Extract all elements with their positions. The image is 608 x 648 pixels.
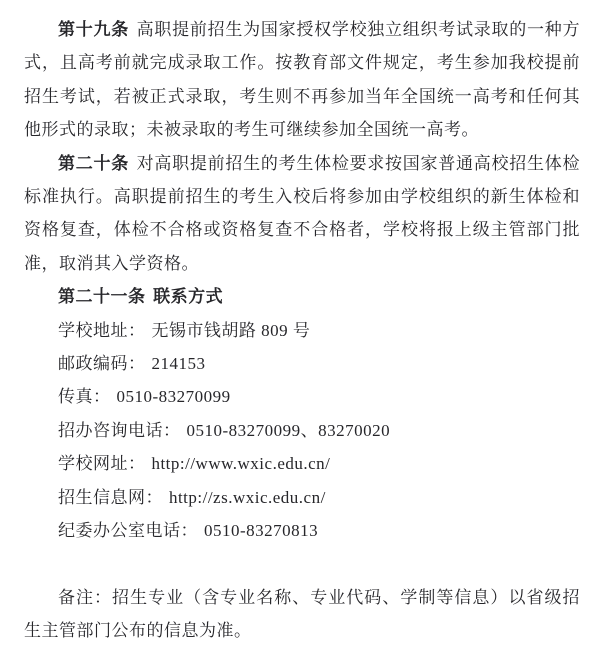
contact-row-discipline-office-phone: 纪委办公室电话：0510-83270813	[24, 514, 580, 547]
contact-row-postal-code: 邮政编码：214153	[24, 347, 580, 380]
article-21-title: 联系方式	[153, 287, 223, 306]
article-19-paragraph: 第十九条高职提前招生为国家授权学校独立组织考试录取的一种方式，且高考前就完成录取…	[24, 13, 580, 147]
postal-code-value: 214153	[151, 354, 205, 373]
contact-row-school-website: 学校网址：http://www.wxic.edu.cn/	[24, 447, 580, 480]
article-19-number: 第十九条	[58, 20, 129, 39]
contact-row-school-address: 学校地址：无锡市钱胡路 809 号	[24, 314, 580, 347]
discipline-office-phone-label: 纪委办公室电话：	[58, 521, 198, 540]
contact-row-admissions-phone: 招办咨询电话：0510-83270099、83270020	[24, 414, 580, 447]
school-website-url: http://www.wxic.edu.cn/	[151, 454, 330, 473]
fax-value: 0510-83270099	[116, 387, 230, 406]
discipline-office-phone-value: 0510-83270813	[204, 521, 318, 540]
contact-row-fax: 传真：0510-83270099	[24, 380, 580, 413]
remark-paragraph: 备注：招生专业（含专业名称、专业代码、学制等信息）以省级招生主管部门公布的信息为…	[24, 581, 580, 648]
admissions-website-label: 招生信息网：	[58, 488, 163, 507]
document-page: 第十九条高职提前招生为国家授权学校独立组织考试录取的一种方式，且高考前就完成录取…	[0, 0, 608, 648]
school-address-value: 无锡市钱胡路 809 号	[151, 321, 310, 340]
contact-row-admissions-website: 招生信息网：http://zs.wxic.edu.cn/	[24, 481, 580, 514]
admissions-website-url: http://zs.wxic.edu.cn/	[169, 488, 326, 507]
article-21-heading: 第二十一条联系方式	[24, 280, 580, 313]
admissions-phone-value: 0510-83270099、83270020	[186, 421, 390, 440]
article-20-paragraph: 第二十条对高职提前招生的考生体检要求按国家普通高校招生体检标准执行。高职提前招生…	[24, 147, 580, 281]
school-address-label: 学校地址：	[58, 321, 146, 340]
school-website-label: 学校网址：	[58, 454, 146, 473]
fax-label: 传真：	[58, 387, 111, 406]
postal-code-label: 邮政编码：	[58, 354, 146, 373]
article-21-number: 第二十一条	[58, 287, 146, 306]
article-20-number: 第二十条	[58, 154, 129, 173]
admissions-phone-label: 招办咨询电话：	[58, 421, 181, 440]
